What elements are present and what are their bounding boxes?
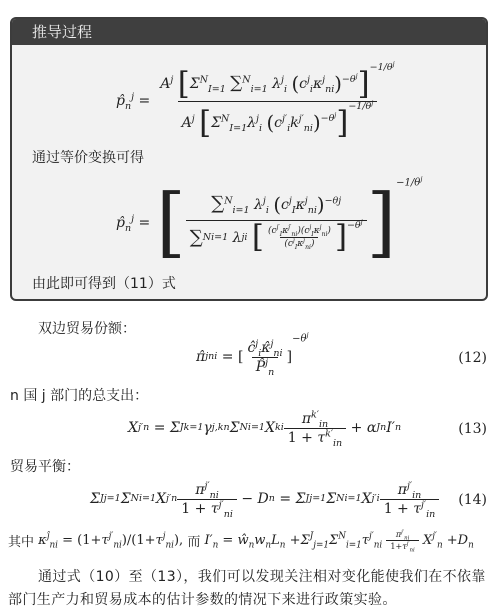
paragraph-conclusion-line-1: 通过式（10）至（13），我们可以发现关注相对变化能使我们在不依靠 [38, 566, 486, 586]
derivation-text-2: 由此即可得到（11）式 [32, 273, 176, 293]
paragraph-trade-balance: 贸易平衡： [10, 456, 80, 476]
derivation-box: 推导过程 p̂nj = Aj [ΣNI=1 ∑Ni=1 λji (cjiκjni… [10, 17, 488, 301]
derivation-box-title: 推导过程 [12, 19, 486, 45]
equation-a: p̂nj = Aj [ΣNI=1 ∑Ni=1 λji (cjiκjni)−θj]… [116, 55, 399, 147]
equation-14: ΣJj=1ΣNi=1Xj′n πj′ni1 + τj′ni − Dn = ΣJj… [90, 476, 439, 522]
where-prefix: 其中 [8, 531, 34, 550]
paragraph-total-expenditure: n 国 j 部门的总支出： [10, 385, 148, 405]
paragraph-conclusion-line-2: 部门生产力和贸易成本的估计参数的情况下来进行政策实验。 [8, 589, 397, 609]
paragraph-bilateral-share: 双边贸易份额： [38, 318, 136, 338]
equation-number-13: (13) [458, 421, 487, 437]
equation-number-14: (14) [458, 492, 487, 508]
where-clause: 其中 κĵni = (1+τj′ni)/(1+τjni), 而 I′n = ŵn… [8, 530, 474, 551]
equation-b: p̂nj = [ ∑Ni=1 λji (cjIκjni)−θj ∑Ni=1 λj… [116, 175, 422, 271]
equation-12: π̂jni = [ ĉjiκ̂jniP̂jn ]−θj [196, 335, 309, 379]
where-mid: 而 [187, 531, 200, 550]
equation-13: Xj′n = ΣJk=1γj,knΣNi=1Xki πk′in1 + τk′in… [128, 405, 401, 451]
derivation-text-1: 通过等价变换可得 [32, 147, 144, 167]
equation-number-12: (12) [458, 350, 487, 366]
